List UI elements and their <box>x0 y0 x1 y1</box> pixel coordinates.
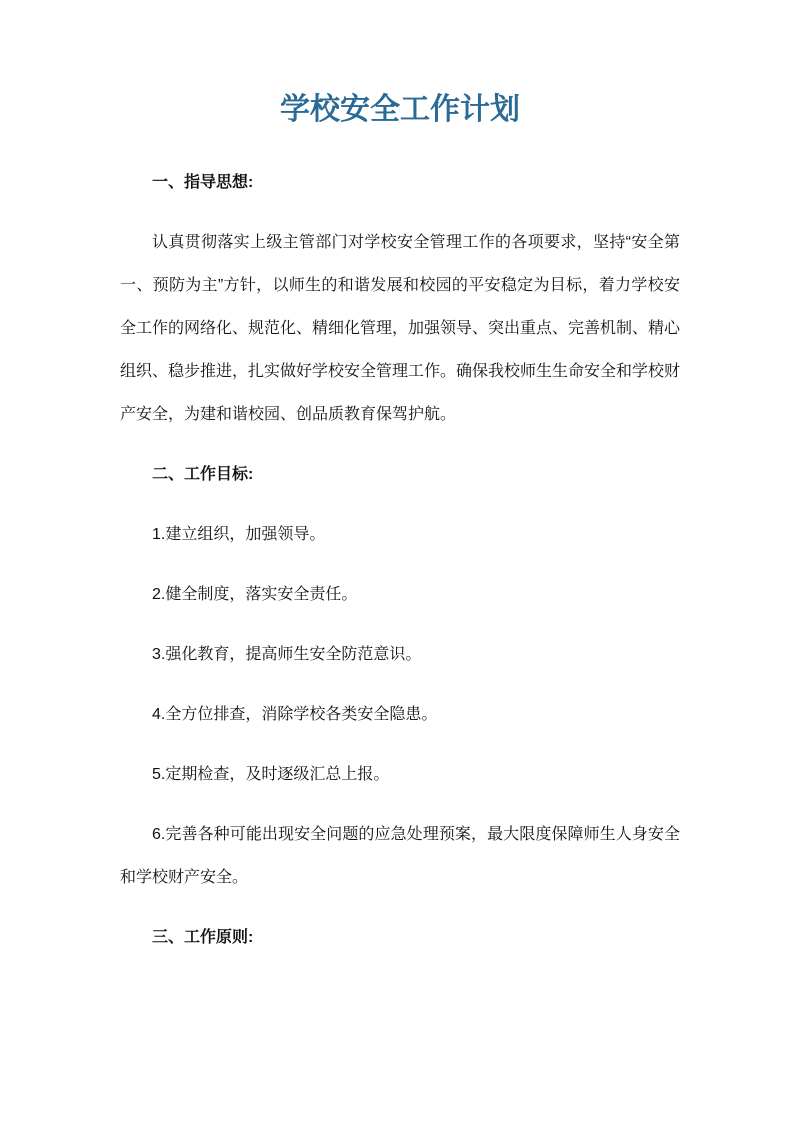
document-title: 学校安全工作计划 <box>120 90 680 130</box>
numbered-item-1: 1.建立组织，加强领导。 <box>120 513 680 556</box>
numbered-item-2: 2.健全制度，落实安全责任。 <box>120 573 680 616</box>
section-heading-work-principles: 三、工作原则: <box>120 916 680 959</box>
numbered-item-4: 4.全方位排查，消除学校各类安全隐患。 <box>120 693 680 736</box>
numbered-item-3: 3.强化教育，提高师生安全防范意识。 <box>120 633 680 676</box>
section-heading-work-goals: 二、工作目标: <box>120 453 680 496</box>
document-page: 学校安全工作计划 一、指导思想: 认真贯彻落实上级主管部门对学校安全管理工作的各… <box>0 0 793 1122</box>
numbered-item-6: 6.完善各种可能出现安全问题的应急处理预案，最大限度保障师生人身安全和学校财产安… <box>120 813 680 899</box>
document-body: 一、指导思想: 认真贯彻落实上级主管部门对学校安全管理工作的各项要求，坚持“安全… <box>120 161 680 959</box>
paragraph-guiding-ideology: 认真贯彻落实上级主管部门对学校安全管理工作的各项要求，坚持“安全第一、预防为主”… <box>120 221 680 436</box>
section-heading-guiding-ideology: 一、指导思想: <box>120 161 680 204</box>
numbered-item-5: 5.定期检查，及时逐级汇总上报。 <box>120 753 680 796</box>
